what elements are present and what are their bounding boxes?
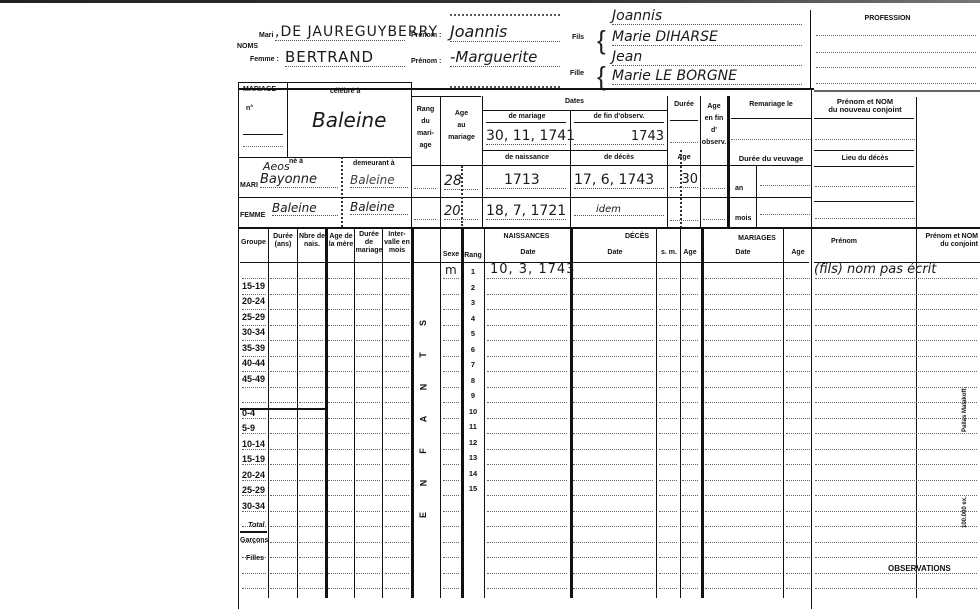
entry-field[interactable] bbox=[705, 542, 781, 543]
date-mariage-field[interactable]: 30, 11, 1741 bbox=[486, 128, 566, 145]
entry-field[interactable] bbox=[682, 542, 698, 543]
entry-field[interactable] bbox=[356, 340, 380, 341]
entry-field[interactable] bbox=[385, 433, 409, 434]
entry-field[interactable] bbox=[270, 495, 296, 496]
entry-field[interactable] bbox=[299, 340, 323, 341]
entry-field[interactable] bbox=[328, 495, 352, 496]
entry-field[interactable] bbox=[443, 526, 459, 527]
entry-field[interactable] bbox=[385, 356, 409, 357]
entry-field[interactable] bbox=[443, 356, 459, 357]
entry-field[interactable] bbox=[705, 371, 781, 372]
entry-field[interactable] bbox=[705, 294, 781, 295]
entry-field[interactable] bbox=[659, 418, 677, 419]
entry-field[interactable] bbox=[682, 557, 698, 558]
entry-field[interactable] bbox=[786, 557, 810, 558]
entry-field[interactable] bbox=[328, 371, 352, 372]
date-fin-field[interactable]: 1743 bbox=[574, 129, 664, 145]
entry-field[interactable] bbox=[356, 387, 380, 388]
entry-field[interactable] bbox=[242, 325, 266, 326]
entry-field[interactable] bbox=[786, 480, 810, 481]
profession-line-2[interactable] bbox=[816, 52, 976, 53]
entry-field[interactable] bbox=[299, 418, 323, 419]
entry-field[interactable] bbox=[487, 356, 567, 357]
entry-field[interactable] bbox=[270, 340, 296, 341]
entry-field[interactable] bbox=[328, 387, 352, 388]
entry-field[interactable] bbox=[242, 340, 266, 341]
profession-line-1[interactable] bbox=[816, 35, 976, 36]
entry-field[interactable] bbox=[328, 278, 352, 279]
entry-field[interactable] bbox=[242, 371, 266, 372]
entry-field[interactable] bbox=[385, 573, 409, 574]
entry-field[interactable] bbox=[573, 588, 653, 589]
entry-field[interactable] bbox=[786, 511, 810, 512]
entry-field[interactable] bbox=[328, 557, 352, 558]
entry-field[interactable] bbox=[443, 557, 459, 558]
entry-field[interactable] bbox=[385, 542, 409, 543]
entry-field[interactable] bbox=[682, 526, 698, 527]
entry-field[interactable] bbox=[270, 464, 296, 465]
entry-field[interactable] bbox=[328, 309, 352, 310]
entry-field[interactable] bbox=[443, 325, 459, 326]
entry-field[interactable] bbox=[385, 418, 409, 419]
entry-field[interactable] bbox=[385, 480, 409, 481]
entry-field[interactable] bbox=[682, 573, 698, 574]
entry-field[interactable] bbox=[443, 511, 459, 512]
entry-field[interactable] bbox=[815, 588, 977, 589]
femme-rang-field[interactable] bbox=[414, 219, 436, 220]
entry-field[interactable] bbox=[786, 449, 810, 450]
entry-field[interactable] bbox=[328, 402, 352, 403]
entry-field[interactable] bbox=[328, 418, 352, 419]
entry-field[interactable] bbox=[443, 371, 459, 372]
entry-field[interactable] bbox=[573, 309, 653, 310]
entry-field[interactable] bbox=[356, 511, 380, 512]
entry-field[interactable] bbox=[659, 573, 677, 574]
entry-field[interactable] bbox=[270, 325, 296, 326]
entry-field[interactable] bbox=[356, 309, 380, 310]
child-1-prenom[interactable]: (fils) nom pas écrit bbox=[814, 262, 936, 277]
entry-field[interactable] bbox=[356, 356, 380, 357]
mari-nom-field[interactable]: ,DE JAUREGUYBERRY bbox=[275, 24, 405, 41]
entry-field[interactable] bbox=[299, 480, 323, 481]
entry-field[interactable] bbox=[487, 294, 567, 295]
veuvage-mois-field[interactable] bbox=[760, 214, 810, 215]
entry-field[interactable] bbox=[328, 356, 352, 357]
entry-field[interactable] bbox=[659, 588, 677, 589]
entry-field[interactable] bbox=[385, 402, 409, 403]
entry-field[interactable] bbox=[705, 340, 781, 341]
entry-field[interactable] bbox=[659, 557, 677, 558]
entry-field[interactable] bbox=[356, 588, 380, 589]
entry-field[interactable] bbox=[385, 449, 409, 450]
entry-field[interactable] bbox=[385, 309, 409, 310]
entry-field[interactable] bbox=[487, 557, 567, 558]
entry-field[interactable] bbox=[705, 325, 781, 326]
entry-field[interactable] bbox=[786, 526, 810, 527]
mari-demeurant[interactable]: Baleine bbox=[350, 173, 408, 188]
entry-field[interactable] bbox=[299, 309, 323, 310]
entry-field[interactable] bbox=[705, 387, 781, 388]
entry-field[interactable] bbox=[242, 356, 266, 357]
entry-field[interactable] bbox=[356, 495, 380, 496]
entry-field[interactable] bbox=[385, 557, 409, 558]
entry-field[interactable] bbox=[786, 356, 810, 357]
entry-field[interactable] bbox=[443, 294, 459, 295]
femme-nom-field[interactable]: BERTRAND bbox=[285, 48, 405, 67]
profession-line-4[interactable] bbox=[816, 83, 976, 84]
entry-field[interactable] bbox=[385, 495, 409, 496]
entry-field[interactable] bbox=[242, 511, 266, 512]
entry-field[interactable] bbox=[356, 325, 380, 326]
veuvage-an-field[interactable] bbox=[760, 185, 810, 186]
entry-field[interactable] bbox=[299, 402, 323, 403]
femme-deces[interactable]: idem bbox=[574, 204, 664, 216]
entry-field[interactable] bbox=[786, 340, 810, 341]
entry-field[interactable] bbox=[815, 418, 977, 419]
entry-field[interactable] bbox=[682, 480, 698, 481]
entry-field[interactable] bbox=[705, 464, 781, 465]
entry-field[interactable] bbox=[573, 557, 653, 558]
entry-field[interactable] bbox=[815, 495, 977, 496]
entry-field[interactable] bbox=[815, 356, 977, 357]
entry-field[interactable] bbox=[682, 464, 698, 465]
entry-field[interactable] bbox=[270, 294, 296, 295]
entry-field[interactable] bbox=[705, 309, 781, 310]
entry-field[interactable] bbox=[682, 588, 698, 589]
entry-field[interactable] bbox=[573, 495, 653, 496]
entry-field[interactable] bbox=[786, 325, 810, 326]
entry-field[interactable] bbox=[815, 480, 977, 481]
mari-prenom-field[interactable]: Joannis bbox=[450, 22, 560, 42]
entry-field[interactable] bbox=[242, 278, 266, 279]
entry-field[interactable] bbox=[815, 433, 977, 434]
entry-field[interactable] bbox=[328, 542, 352, 543]
entry-field[interactable] bbox=[659, 433, 677, 434]
entry-field[interactable] bbox=[356, 278, 380, 279]
numero-field[interactable] bbox=[243, 146, 283, 147]
entry-field[interactable] bbox=[815, 371, 977, 372]
mari-age-fin-field[interactable] bbox=[703, 188, 725, 189]
entry-field[interactable] bbox=[487, 511, 567, 512]
entry-field[interactable] bbox=[659, 325, 677, 326]
entry-field[interactable] bbox=[659, 387, 677, 388]
entry-field[interactable] bbox=[242, 480, 266, 481]
child-1-sexe[interactable]: m bbox=[445, 263, 457, 277]
entry-field[interactable] bbox=[786, 418, 810, 419]
entry-field[interactable] bbox=[270, 573, 296, 574]
entry-field[interactable] bbox=[270, 418, 296, 419]
entry-field[interactable] bbox=[242, 449, 266, 450]
entry-field[interactable] bbox=[573, 340, 653, 341]
entry-field[interactable] bbox=[815, 402, 977, 403]
entry-field[interactable] bbox=[328, 449, 352, 450]
entry-field[interactable] bbox=[356, 418, 380, 419]
entry-field[interactable] bbox=[659, 511, 677, 512]
entry-field[interactable] bbox=[328, 526, 352, 527]
entry-field[interactable] bbox=[270, 309, 296, 310]
entry-field[interactable] bbox=[682, 325, 698, 326]
entry-field[interactable] bbox=[573, 371, 653, 372]
femme-demeurant[interactable]: Baleine bbox=[350, 200, 408, 215]
entry-field[interactable] bbox=[487, 402, 567, 403]
entry-field[interactable] bbox=[659, 340, 677, 341]
entry-field[interactable] bbox=[659, 495, 677, 496]
entry-field[interactable] bbox=[242, 495, 266, 496]
femme-prenom-field[interactable]: -Marguerite bbox=[450, 48, 560, 67]
entry-field[interactable] bbox=[786, 309, 810, 310]
entry-field[interactable] bbox=[682, 356, 698, 357]
entry-field[interactable] bbox=[682, 418, 698, 419]
entry-field[interactable] bbox=[443, 278, 459, 279]
entry-field[interactable] bbox=[443, 542, 459, 543]
entry-field[interactable] bbox=[487, 309, 567, 310]
entry-field[interactable] bbox=[815, 557, 977, 558]
entry-field[interactable] bbox=[328, 340, 352, 341]
fils-mere[interactable]: Marie DIHARSE bbox=[612, 29, 802, 46]
entry-field[interactable] bbox=[573, 418, 653, 419]
entry-field[interactable] bbox=[573, 449, 653, 450]
profession-line-3[interactable] bbox=[816, 67, 976, 68]
entry-field[interactable] bbox=[299, 464, 323, 465]
entry-field[interactable] bbox=[299, 371, 323, 372]
entry-field[interactable] bbox=[786, 495, 810, 496]
entry-field[interactable] bbox=[786, 464, 810, 465]
entry-field[interactable] bbox=[356, 371, 380, 372]
entry-field[interactable] bbox=[682, 371, 698, 372]
entry-field[interactable] bbox=[705, 588, 781, 589]
entry-field[interactable] bbox=[270, 557, 296, 558]
entry-field[interactable] bbox=[705, 480, 781, 481]
entry-field[interactable] bbox=[659, 480, 677, 481]
entry-field[interactable] bbox=[328, 573, 352, 574]
entry-field[interactable] bbox=[682, 511, 698, 512]
entry-field[interactable] bbox=[659, 402, 677, 403]
entry-field[interactable] bbox=[385, 526, 409, 527]
entry-field[interactable] bbox=[242, 573, 266, 574]
entry-field[interactable] bbox=[659, 356, 677, 357]
entry-field[interactable] bbox=[356, 557, 380, 558]
entry-field[interactable] bbox=[328, 464, 352, 465]
entry-field[interactable] bbox=[573, 511, 653, 512]
entry-field[interactable] bbox=[573, 526, 653, 527]
entry-field[interactable] bbox=[573, 433, 653, 434]
fils-pere-prenom[interactable]: Joannis bbox=[612, 8, 802, 25]
entry-field[interactable] bbox=[328, 588, 352, 589]
entry-field[interactable] bbox=[659, 371, 677, 372]
entry-field[interactable] bbox=[682, 278, 698, 279]
entry-field[interactable] bbox=[299, 278, 323, 279]
entry-field[interactable] bbox=[443, 480, 459, 481]
entry-field[interactable] bbox=[786, 278, 810, 279]
entry-field[interactable] bbox=[328, 294, 352, 295]
entry-field[interactable] bbox=[328, 480, 352, 481]
entry-field[interactable] bbox=[242, 433, 266, 434]
entry-field[interactable] bbox=[786, 294, 810, 295]
entry-field[interactable] bbox=[270, 278, 296, 279]
entry-field[interactable] bbox=[705, 449, 781, 450]
entry-field[interactable] bbox=[443, 402, 459, 403]
entry-field[interactable] bbox=[356, 294, 380, 295]
entry-field[interactable] bbox=[356, 433, 380, 434]
nouveau-conjoint-field[interactable] bbox=[815, 139, 915, 140]
mari-ne-a[interactable]: Bayonne bbox=[260, 172, 338, 188]
entry-field[interactable] bbox=[487, 340, 567, 341]
entry-field[interactable] bbox=[385, 588, 409, 589]
femme-naissance[interactable]: 18, 7, 1721 bbox=[486, 203, 566, 220]
entry-field[interactable] bbox=[487, 418, 567, 419]
entry-field[interactable] bbox=[487, 449, 567, 450]
entry-field[interactable] bbox=[385, 511, 409, 512]
entry-field[interactable] bbox=[385, 371, 409, 372]
entry-field[interactable] bbox=[705, 356, 781, 357]
entry-field[interactable] bbox=[443, 309, 459, 310]
entry-field[interactable] bbox=[659, 449, 677, 450]
entry-field[interactable] bbox=[299, 526, 323, 527]
entry-field[interactable] bbox=[242, 588, 266, 589]
entry-field[interactable] bbox=[786, 542, 810, 543]
entry-field[interactable] bbox=[356, 526, 380, 527]
entry-field[interactable] bbox=[270, 433, 296, 434]
entry-field[interactable] bbox=[573, 542, 653, 543]
entry-field[interactable] bbox=[815, 511, 977, 512]
fille-mere[interactable]: Marie LE BORGNE bbox=[612, 68, 802, 85]
entry-field[interactable] bbox=[815, 526, 977, 527]
entry-field[interactable] bbox=[573, 387, 653, 388]
entry-field[interactable] bbox=[815, 325, 977, 326]
entry-field[interactable] bbox=[815, 278, 977, 279]
entry-field[interactable] bbox=[385, 278, 409, 279]
femme-lieu-deces[interactable] bbox=[815, 218, 915, 219]
femme-age-deces[interactable] bbox=[670, 220, 698, 221]
entry-field[interactable] bbox=[682, 449, 698, 450]
entry-field[interactable] bbox=[242, 387, 266, 388]
entry-field[interactable] bbox=[299, 325, 323, 326]
entry-field[interactable] bbox=[659, 542, 677, 543]
entry-field[interactable] bbox=[705, 526, 781, 527]
entry-field[interactable] bbox=[573, 356, 653, 357]
entry-field[interactable] bbox=[682, 387, 698, 388]
entry-field[interactable] bbox=[299, 573, 323, 574]
entry-field[interactable] bbox=[682, 495, 698, 496]
entry-field[interactable] bbox=[705, 495, 781, 496]
entry-field[interactable] bbox=[815, 464, 977, 465]
entry-field[interactable] bbox=[299, 588, 323, 589]
entry-field[interactable] bbox=[659, 526, 677, 527]
entry-field[interactable] bbox=[705, 573, 781, 574]
entry-field[interactable] bbox=[356, 464, 380, 465]
entry-field[interactable] bbox=[443, 387, 459, 388]
celebre-lieu[interactable]: Baleine bbox=[312, 108, 386, 132]
entry-field[interactable] bbox=[299, 449, 323, 450]
mari-age-deces[interactable]: 30 bbox=[670, 172, 698, 188]
entry-field[interactable] bbox=[242, 418, 266, 419]
child-1-naissance[interactable]: 10, 3, 1743 bbox=[490, 262, 575, 277]
remariage-field[interactable] bbox=[731, 139, 811, 140]
entry-field[interactable] bbox=[328, 325, 352, 326]
entry-field[interactable] bbox=[786, 588, 810, 589]
entry-field[interactable] bbox=[705, 402, 781, 403]
fille-pere-prenom[interactable]: Jean bbox=[612, 49, 802, 66]
entry-field[interactable] bbox=[573, 464, 653, 465]
entry-field[interactable] bbox=[487, 573, 567, 574]
entry-field[interactable] bbox=[487, 387, 567, 388]
entry-field[interactable] bbox=[487, 542, 567, 543]
entry-field[interactable] bbox=[242, 402, 266, 403]
entry-field[interactable] bbox=[385, 464, 409, 465]
entry-field[interactable] bbox=[815, 573, 977, 574]
entry-field[interactable] bbox=[443, 418, 459, 419]
entry-field[interactable] bbox=[487, 588, 567, 589]
entry-field[interactable] bbox=[299, 511, 323, 512]
entry-field[interactable] bbox=[385, 294, 409, 295]
entry-field[interactable] bbox=[487, 371, 567, 372]
entry-field[interactable] bbox=[705, 557, 781, 558]
entry-field[interactable] bbox=[705, 278, 781, 279]
entry-field[interactable] bbox=[328, 433, 352, 434]
entry-field[interactable] bbox=[270, 449, 296, 450]
entry-field[interactable] bbox=[815, 294, 977, 295]
entry-field[interactable] bbox=[270, 588, 296, 589]
entry-field[interactable] bbox=[815, 340, 977, 341]
entry-field[interactable] bbox=[786, 573, 810, 574]
entry-field[interactable] bbox=[299, 557, 323, 558]
entry-field[interactable] bbox=[299, 433, 323, 434]
entry-field[interactable] bbox=[443, 588, 459, 589]
entry-field[interactable] bbox=[815, 309, 977, 310]
entry-field[interactable] bbox=[573, 294, 653, 295]
entry-field[interactable] bbox=[299, 495, 323, 496]
entry-field[interactable] bbox=[487, 433, 567, 434]
entry-field[interactable] bbox=[786, 433, 810, 434]
entry-field[interactable] bbox=[815, 387, 977, 388]
entry-field[interactable] bbox=[659, 309, 677, 310]
femme-ne-a[interactable]: Baleine bbox=[272, 201, 338, 216]
entry-field[interactable] bbox=[659, 294, 677, 295]
entry-field[interactable] bbox=[356, 573, 380, 574]
entry-field[interactable] bbox=[443, 449, 459, 450]
entry-field[interactable] bbox=[385, 387, 409, 388]
entry-field[interactable] bbox=[573, 573, 653, 574]
entry-field[interactable] bbox=[573, 402, 653, 403]
entry-field[interactable] bbox=[487, 325, 567, 326]
entry-field[interactable] bbox=[815, 542, 977, 543]
entry-field[interactable] bbox=[659, 278, 677, 279]
entry-field[interactable] bbox=[242, 309, 266, 310]
entry-field[interactable] bbox=[356, 449, 380, 450]
entry-field[interactable] bbox=[299, 387, 323, 388]
entry-field[interactable] bbox=[356, 402, 380, 403]
entry-field[interactable] bbox=[786, 402, 810, 403]
entry-field[interactable] bbox=[659, 464, 677, 465]
entry-field[interactable] bbox=[815, 449, 977, 450]
entry-field[interactable] bbox=[270, 371, 296, 372]
mari-deces[interactable]: 17, 6, 1743 bbox=[574, 172, 664, 189]
entry-field[interactable] bbox=[299, 294, 323, 295]
mari-lieu-deces[interactable] bbox=[815, 186, 915, 187]
femme-age-fin-field[interactable] bbox=[703, 219, 725, 220]
entry-field[interactable] bbox=[385, 325, 409, 326]
entry-field[interactable] bbox=[328, 511, 352, 512]
entry-field[interactable] bbox=[356, 542, 380, 543]
entry-field[interactable] bbox=[487, 526, 567, 527]
entry-field[interactable] bbox=[270, 526, 296, 527]
entry-field[interactable] bbox=[682, 340, 698, 341]
entry-field[interactable] bbox=[705, 511, 781, 512]
entry-field[interactable] bbox=[242, 464, 266, 465]
entry-field[interactable] bbox=[682, 309, 698, 310]
entry-field[interactable] bbox=[443, 340, 459, 341]
duree-field[interactable] bbox=[670, 142, 698, 143]
